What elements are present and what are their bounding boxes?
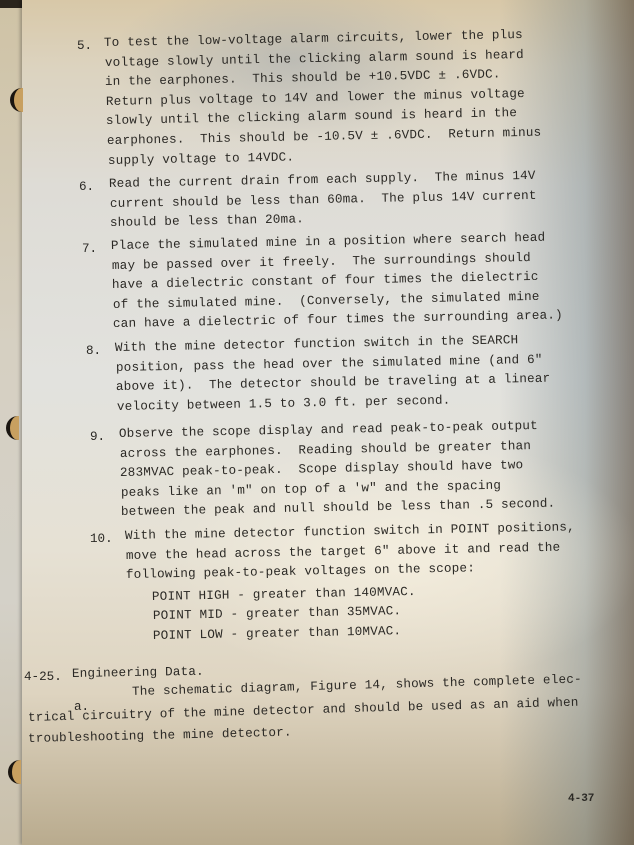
item-number: 5.	[77, 39, 92, 53]
item-number: 7.	[82, 242, 97, 256]
item-number: 6.	[79, 180, 94, 194]
item-number: 9.	[90, 430, 105, 444]
page-number: 4-37	[568, 793, 594, 805]
section-title: Engineering Data.	[72, 666, 204, 681]
item-line: supply voltage to 14VDC.	[107, 151, 293, 167]
section-number: 4-25.	[24, 670, 62, 684]
item-number: 10.	[90, 532, 113, 546]
item-number: 8.	[86, 344, 101, 358]
